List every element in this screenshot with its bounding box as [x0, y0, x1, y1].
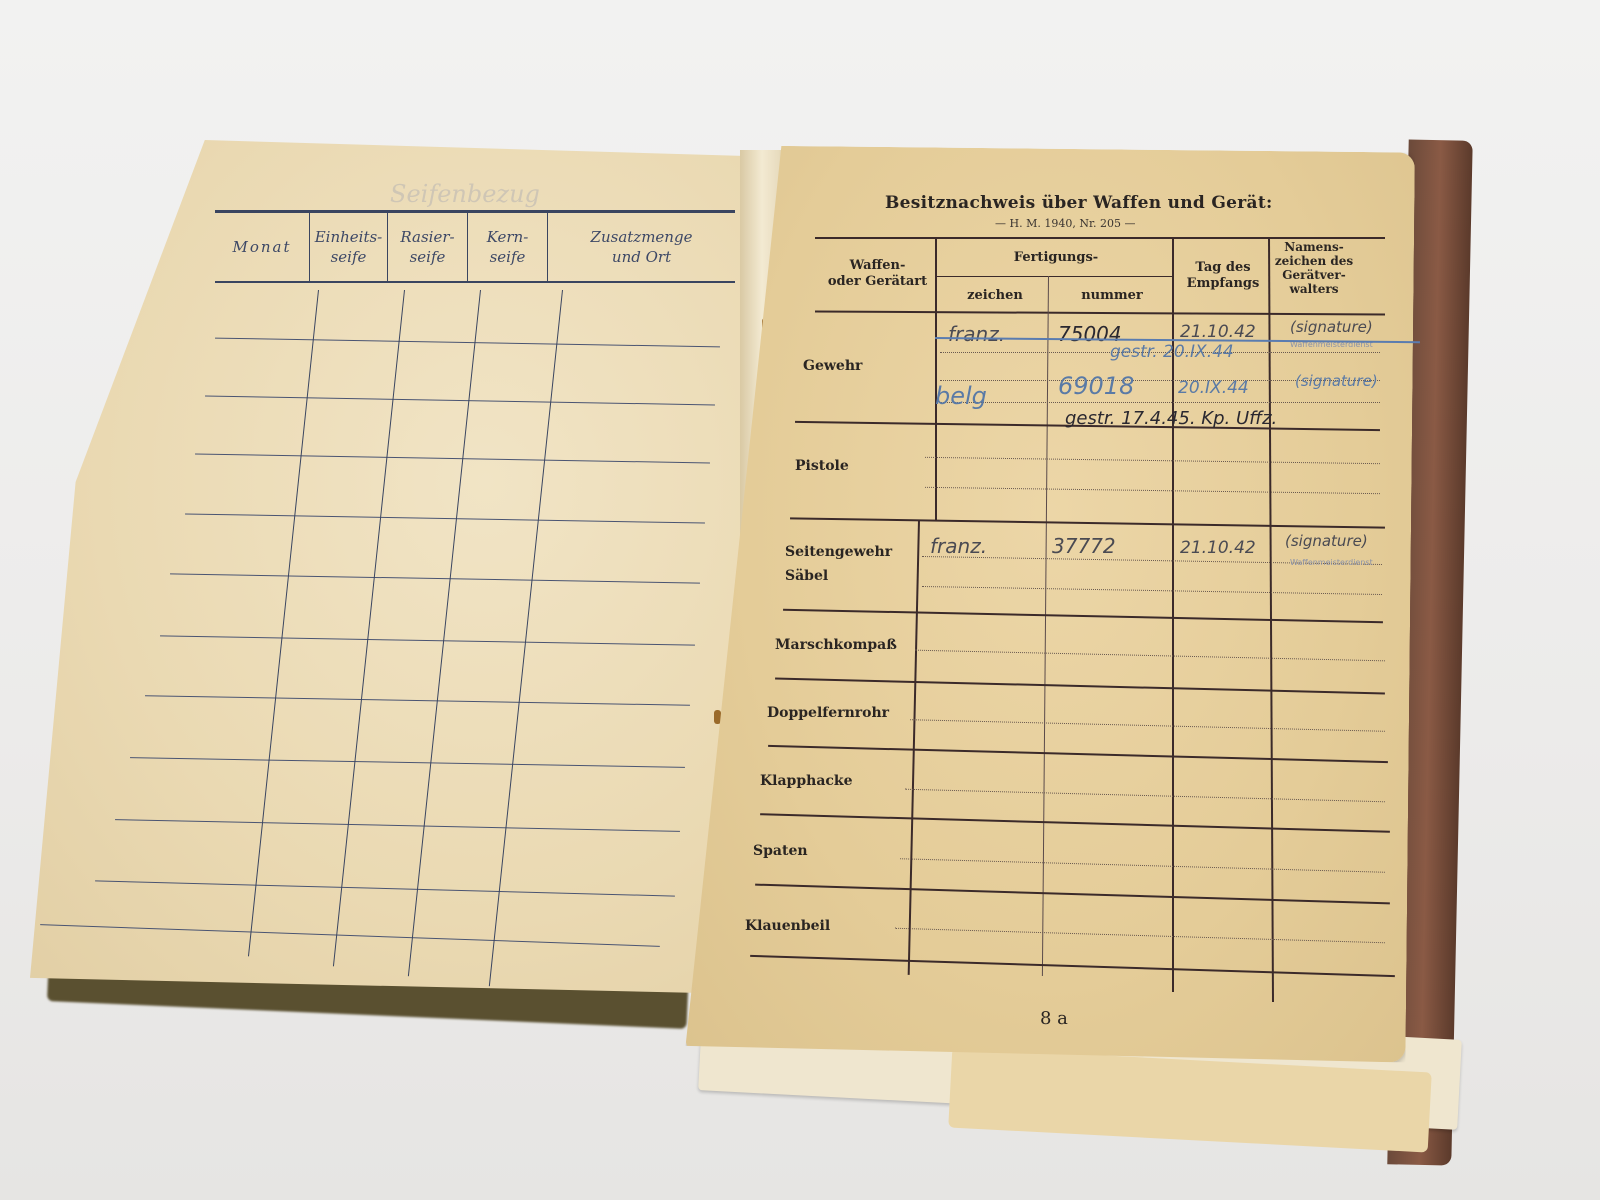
left-page-faded-heading: Seifenbezug	[390, 180, 540, 208]
page-number: 8 a	[1040, 1008, 1068, 1029]
seitengewehr-stamp: Waffenmeisterdienst	[1290, 558, 1373, 567]
seitengewehr-signature: (signature)	[1285, 532, 1368, 550]
header-item-type: Waffen- oder Gerätart	[820, 258, 935, 290]
gewehr-2-zeichen: belg	[935, 382, 987, 410]
gewehr-2-tag: 20.IX.44	[1178, 378, 1249, 398]
col-divider	[935, 237, 937, 520]
gewehr-2-signature: (signature)	[1295, 372, 1378, 390]
gewehr-1-zeichen: franz.	[948, 322, 1005, 346]
gewehr-1-note: gestr. 20.IX.44	[1110, 342, 1234, 362]
subheader-rule	[937, 276, 1173, 277]
binding-stitch	[714, 710, 721, 724]
gewehr-2-note: gestr. 17.4.45. Kp. Uffz.	[1065, 408, 1277, 429]
row-label-klapphacke: Klapphacke	[760, 773, 853, 789]
seitengewehr-tag: 21.10.42	[1180, 538, 1256, 558]
row-label-marschkompass: Marschkompaß	[775, 637, 897, 653]
col-rasierseife: Rasier- seife	[388, 213, 468, 281]
col-zusatzmenge: Zusatzmenge und Ort	[548, 213, 735, 281]
page-subtitle: — H. M. 1940, Nr. 205 —	[995, 217, 1136, 230]
soap-ration-table: Monat Einheits- seife Rasier- seife Kern…	[215, 210, 735, 283]
col-kernseife: Kern- seife	[468, 213, 548, 281]
soap-table-header: Monat Einheits- seife Rasier- seife Kern…	[215, 210, 735, 283]
header-zeichen: zeichen	[940, 288, 1050, 304]
row-label-doppelfernrohr: Doppelfernrohr	[767, 705, 889, 721]
gewehr-1-signature: (signature)	[1290, 318, 1373, 336]
row-label-spaten: Spaten	[753, 843, 808, 859]
table-top-rule	[815, 237, 1385, 239]
gewehr-2-nummer: 69018	[1058, 372, 1134, 400]
header-nummer: nummer	[1052, 288, 1172, 304]
row-label-seitengewehr: Seitengewehr Säbel	[785, 540, 892, 588]
seitengewehr-zeichen: franz.	[930, 534, 987, 558]
seitengewehr-nummer: 37772	[1052, 534, 1116, 558]
header-fertigungs: Fertigungs-	[940, 250, 1172, 266]
col-monat: Monat	[215, 213, 310, 281]
row-label-pistole: Pistole	[795, 458, 849, 474]
row-label-klauenbeil: Klauenbeil	[745, 918, 830, 934]
row-label-gewehr: Gewehr	[803, 358, 862, 374]
header-namenszeichen: Namens- zeichen des Gerätver- walters	[1270, 240, 1358, 296]
col-einheitsseife: Einheits- seife	[310, 213, 388, 281]
header-tag-des-empfangs: Tag des Empfangs	[1176, 260, 1270, 292]
page-title: Besitznachweis über Waffen und Gerät:	[885, 193, 1273, 213]
